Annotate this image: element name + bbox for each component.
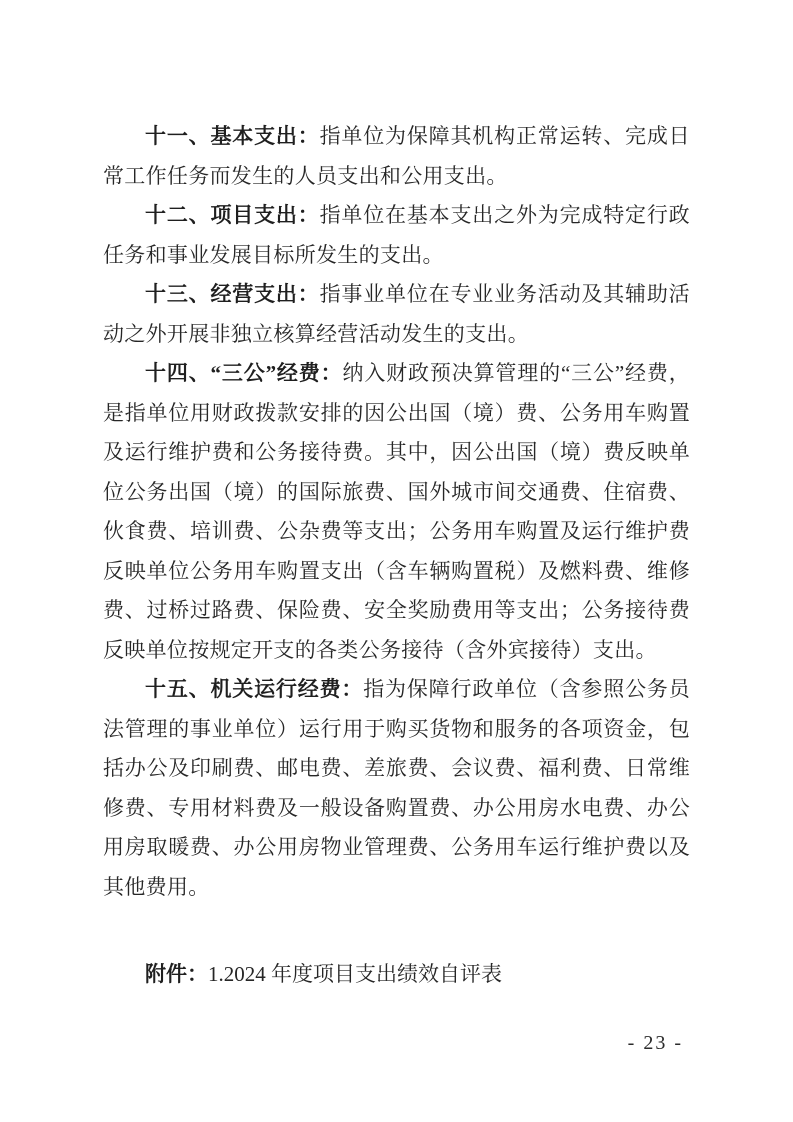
paragraph-text: 指为保障行政单位（含参照公务员法管理的事业单位）运行用于购买货物和服务的各项资金… (103, 677, 690, 899)
attachment-line: 附件：1.2024 年度项目支出绩效自评表 (103, 955, 690, 995)
paragraph-item-11-basic-expenditure: 十一、基本支出：指单位为保障其机构正常运转、完成日常工作任务而发生的人员支出和公… (103, 117, 690, 196)
paragraph-item-12-project-expenditure: 十二、项目支出：指单位在基本支出之外为完成特定行政任务和事业发展目标所发生的支出… (103, 196, 690, 275)
paragraph-text: 纳入财政预决算管理的“三公”经费，是指单位用财政拨款安排的因公出国（境）费、公务… (103, 361, 690, 662)
paragraph-head: 十一、基本支出： (145, 124, 320, 148)
paragraph-head: 十四、“三公”经费： (145, 361, 342, 385)
paragraph-item-14-three-public-funds: 十四、“三公”经费：纳入财政预决算管理的“三公”经费，是指单位用财政拨款安排的因… (103, 354, 690, 670)
page-number: - 23 - (628, 1031, 683, 1055)
paragraph-item-13-operating-expenditure: 十三、经营支出：指事业单位在专业业务活动及其辅助活动之外开展非独立核算经营活动发… (103, 275, 690, 354)
attachment-label: 附件： (145, 962, 208, 986)
paragraph-item-15-agency-operating-funds: 十五、机关运行经费：指为保障行政单位（含参照公务员法管理的事业单位）运行用于购买… (103, 670, 690, 907)
attachment-title: 1.2024 年度项目支出绩效自评表 (208, 962, 502, 986)
paragraph-head: 十二、项目支出： (145, 203, 320, 227)
paragraph-head: 十五、机关运行经费： (145, 677, 363, 701)
paragraph-head: 十三、经营支出： (145, 282, 320, 306)
document-body: 十一、基本支出：指单位为保障其机构正常运转、完成日常工作任务而发生的人员支出和公… (0, 0, 793, 995)
document-page: 十一、基本支出：指单位为保障其机构正常运转、完成日常工作任务而发生的人员支出和公… (0, 0, 793, 1122)
